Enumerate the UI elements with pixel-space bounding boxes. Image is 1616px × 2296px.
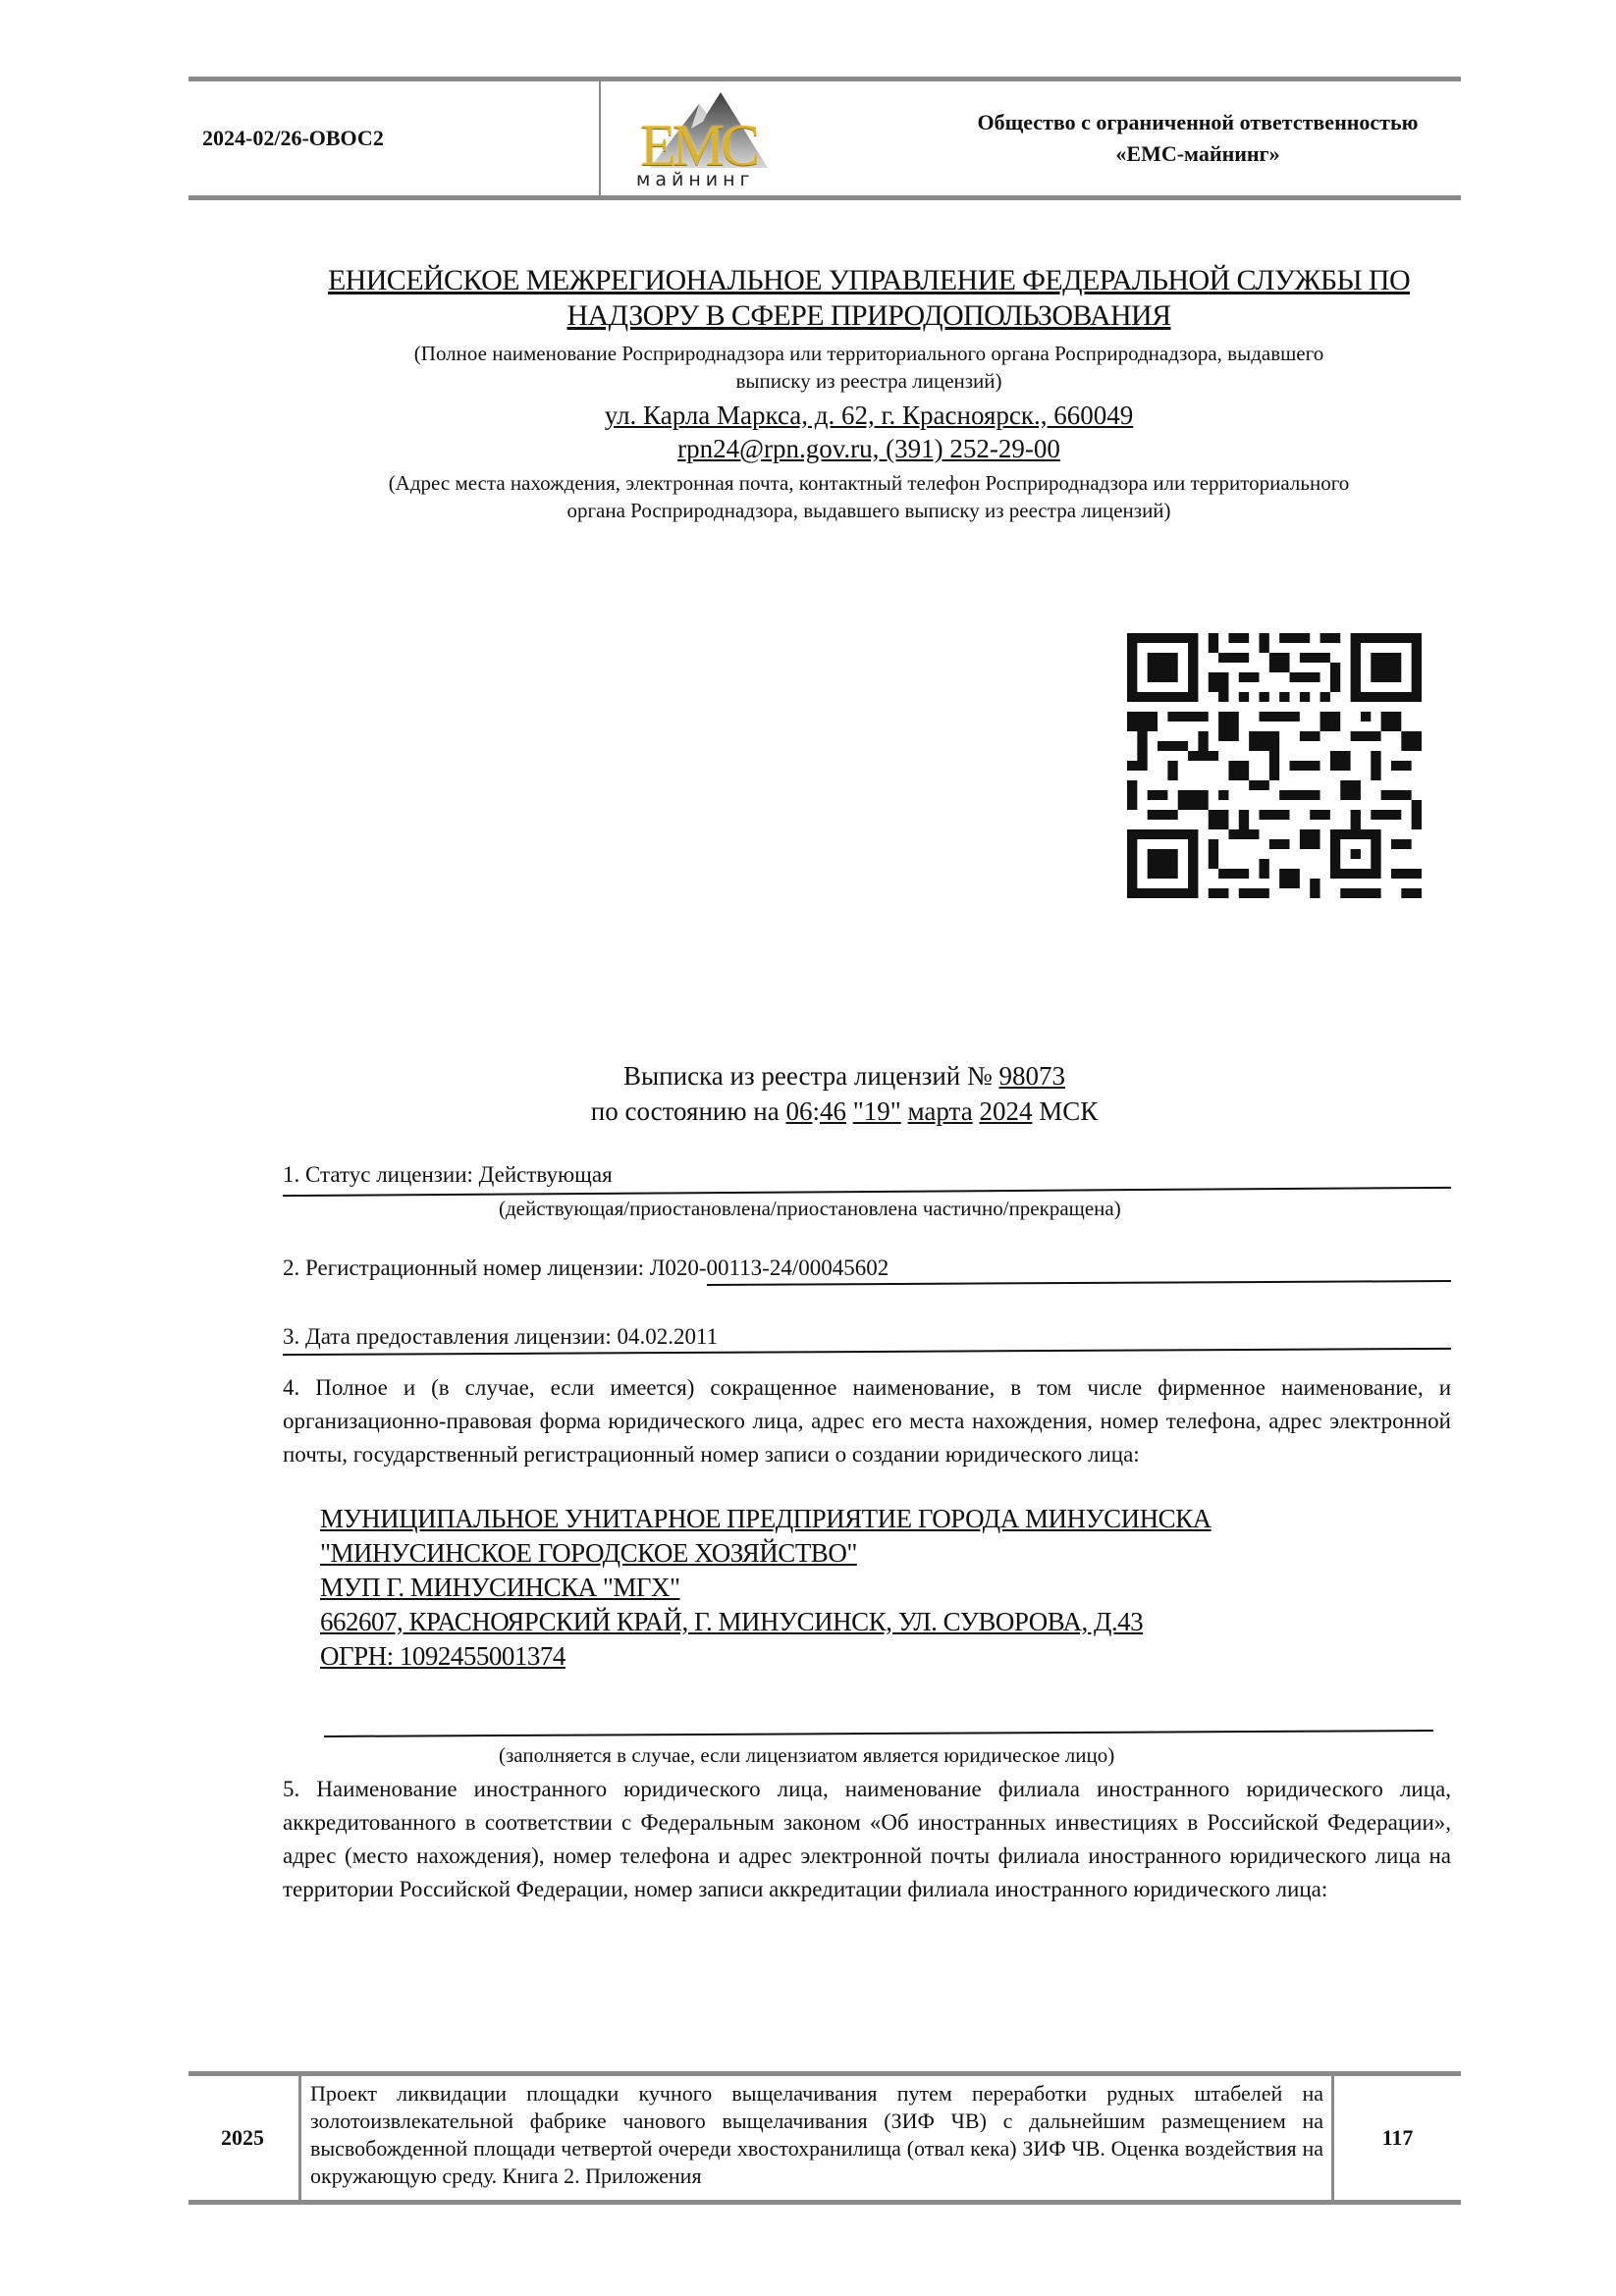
item4-hint: (заполняется в случае, если лицензиатом … [499, 1743, 1114, 1768]
org-line-5: ОГРН: 1092455001374 [320, 1639, 1212, 1674]
reg-underline [707, 1280, 1451, 1286]
licensee-details: МУНИЦИПАЛЬНОЕ УНИТАРНОЕ ПРЕДПРИЯТИЕ ГОРО… [320, 1502, 1212, 1674]
org-line-3: МУП Г. МИНУСИНСКА "МГХ" [320, 1571, 1212, 1605]
item5-text: 5. Наименование иностранного юридическог… [283, 1773, 1451, 1906]
extract-hour: 06 [785, 1096, 812, 1126]
page-header: 2024-02/26-ОВОС2 EMC майнинг Общество с … [189, 77, 1461, 200]
date-label: 3. Дата предоставления лицензии: [283, 1324, 612, 1349]
extract-prefix: Выписка из реестра лицензий № [623, 1061, 993, 1091]
date-underline [283, 1348, 1451, 1356]
authority-name-hint: (Полное наименование Росприроднадзора ил… [275, 340, 1463, 395]
date-value: 04.02.2011 [617, 1324, 718, 1349]
footer-year: 2025 [189, 2076, 296, 2200]
field-issue-date: 3. Дата предоставления лицензии: 04.02.2… [283, 1323, 1451, 1357]
org-line-2: "МИНУСИНСКОЕ ГОРОДСКОЕ ХОЗЯЙСТВО" [320, 1536, 1212, 1571]
org-line-4: 662607, КРАСНОЯРСКИЙ КРАЙ, Г. МИНУСИНСК,… [320, 1605, 1212, 1639]
company-logo: EMC майнинг [630, 84, 787, 192]
page-number: 117 [1334, 2076, 1461, 2200]
field-registration-number: 2. Регистрационный номер лицензии: Л020-… [283, 1255, 1451, 1288]
extract-title: Выписка из реестра лицензий № 98073 по с… [461, 1058, 1227, 1129]
status-label: 1. Статус лицензии: [283, 1162, 473, 1187]
document-code: 2024-02/26-ОВОС2 [189, 81, 613, 195]
authority-contacts: ул. Карла Маркса, д. 62, г. Красноярск.,… [275, 399, 1463, 465]
extract-year: 2024 [979, 1096, 1032, 1126]
page-footer: 2025 Проект ликвидации площадки кучного … [189, 2071, 1461, 2205]
authority-name-line2: НАДЗОРУ В СФЕРЕ ПРИРОДОПОЛЬЗОВАНИЯ [566, 299, 1170, 332]
authority-address: ул. Карла Маркса, д. 62, г. Красноярск.,… [275, 399, 1463, 432]
company-name-line1: Общество с ограниченной ответственностью [978, 107, 1419, 138]
extract-timezone: МСК [1039, 1096, 1098, 1126]
field-status: 1. Статус лицензии: Действующая (действу… [283, 1161, 1451, 1220]
reg-label: 2. Регистрационный номер лицензии: [283, 1255, 644, 1280]
extract-day: "19" [853, 1096, 901, 1126]
footer-description: Проект ликвидации площадки кучного выщел… [310, 2080, 1323, 2190]
logo-subtitle: майнинг [636, 169, 755, 190]
item4-text: 4. Полное и (в случае, если имеется) сок… [283, 1371, 1451, 1471]
item4-underline [324, 1730, 1433, 1737]
extract-minute: 46 [820, 1096, 846, 1126]
footer-divider-left [298, 2076, 301, 2200]
reg-value: Л020-00113-24/00045602 [650, 1255, 889, 1280]
authority-address-hint: (Адрес места нахождения, электронная поч… [275, 469, 1463, 524]
authority-title: ЕНИСЕЙСКОЕ МЕЖРЕГИОНАЛЬНОЕ УПРАВЛЕНИЕ ФЕ… [275, 263, 1463, 334]
company-name: Общество с ограниченной ответственностью… [935, 81, 1461, 195]
authority-name-line1: ЕНИСЕЙСКОЕ МЕЖРЕГИОНАЛЬНОЕ УПРАВЛЕНИЕ ФЕ… [328, 264, 1410, 296]
status-value: Действующая [479, 1162, 613, 1187]
extract-number: 98073 [998, 1061, 1065, 1091]
qr-code-icon [1127, 633, 1422, 898]
authority-email-phone: rpn24@rpn.gov.ru, (391) 252-29-00 [275, 432, 1463, 465]
org-line-1: МУНИЦИПАЛЬНОЕ УНИТАРНОЕ ПРЕДПРИЯТИЕ ГОРО… [320, 1502, 1212, 1536]
extract-state-prefix: по состоянию на [591, 1096, 780, 1126]
status-hint: (действующая/приостановлена/приостановле… [499, 1195, 1121, 1222]
extract-month: марта [908, 1096, 973, 1126]
logo-cell: EMC майнинг [601, 81, 935, 195]
company-name-line2: «ЕМС-майнинг» [1115, 138, 1279, 170]
